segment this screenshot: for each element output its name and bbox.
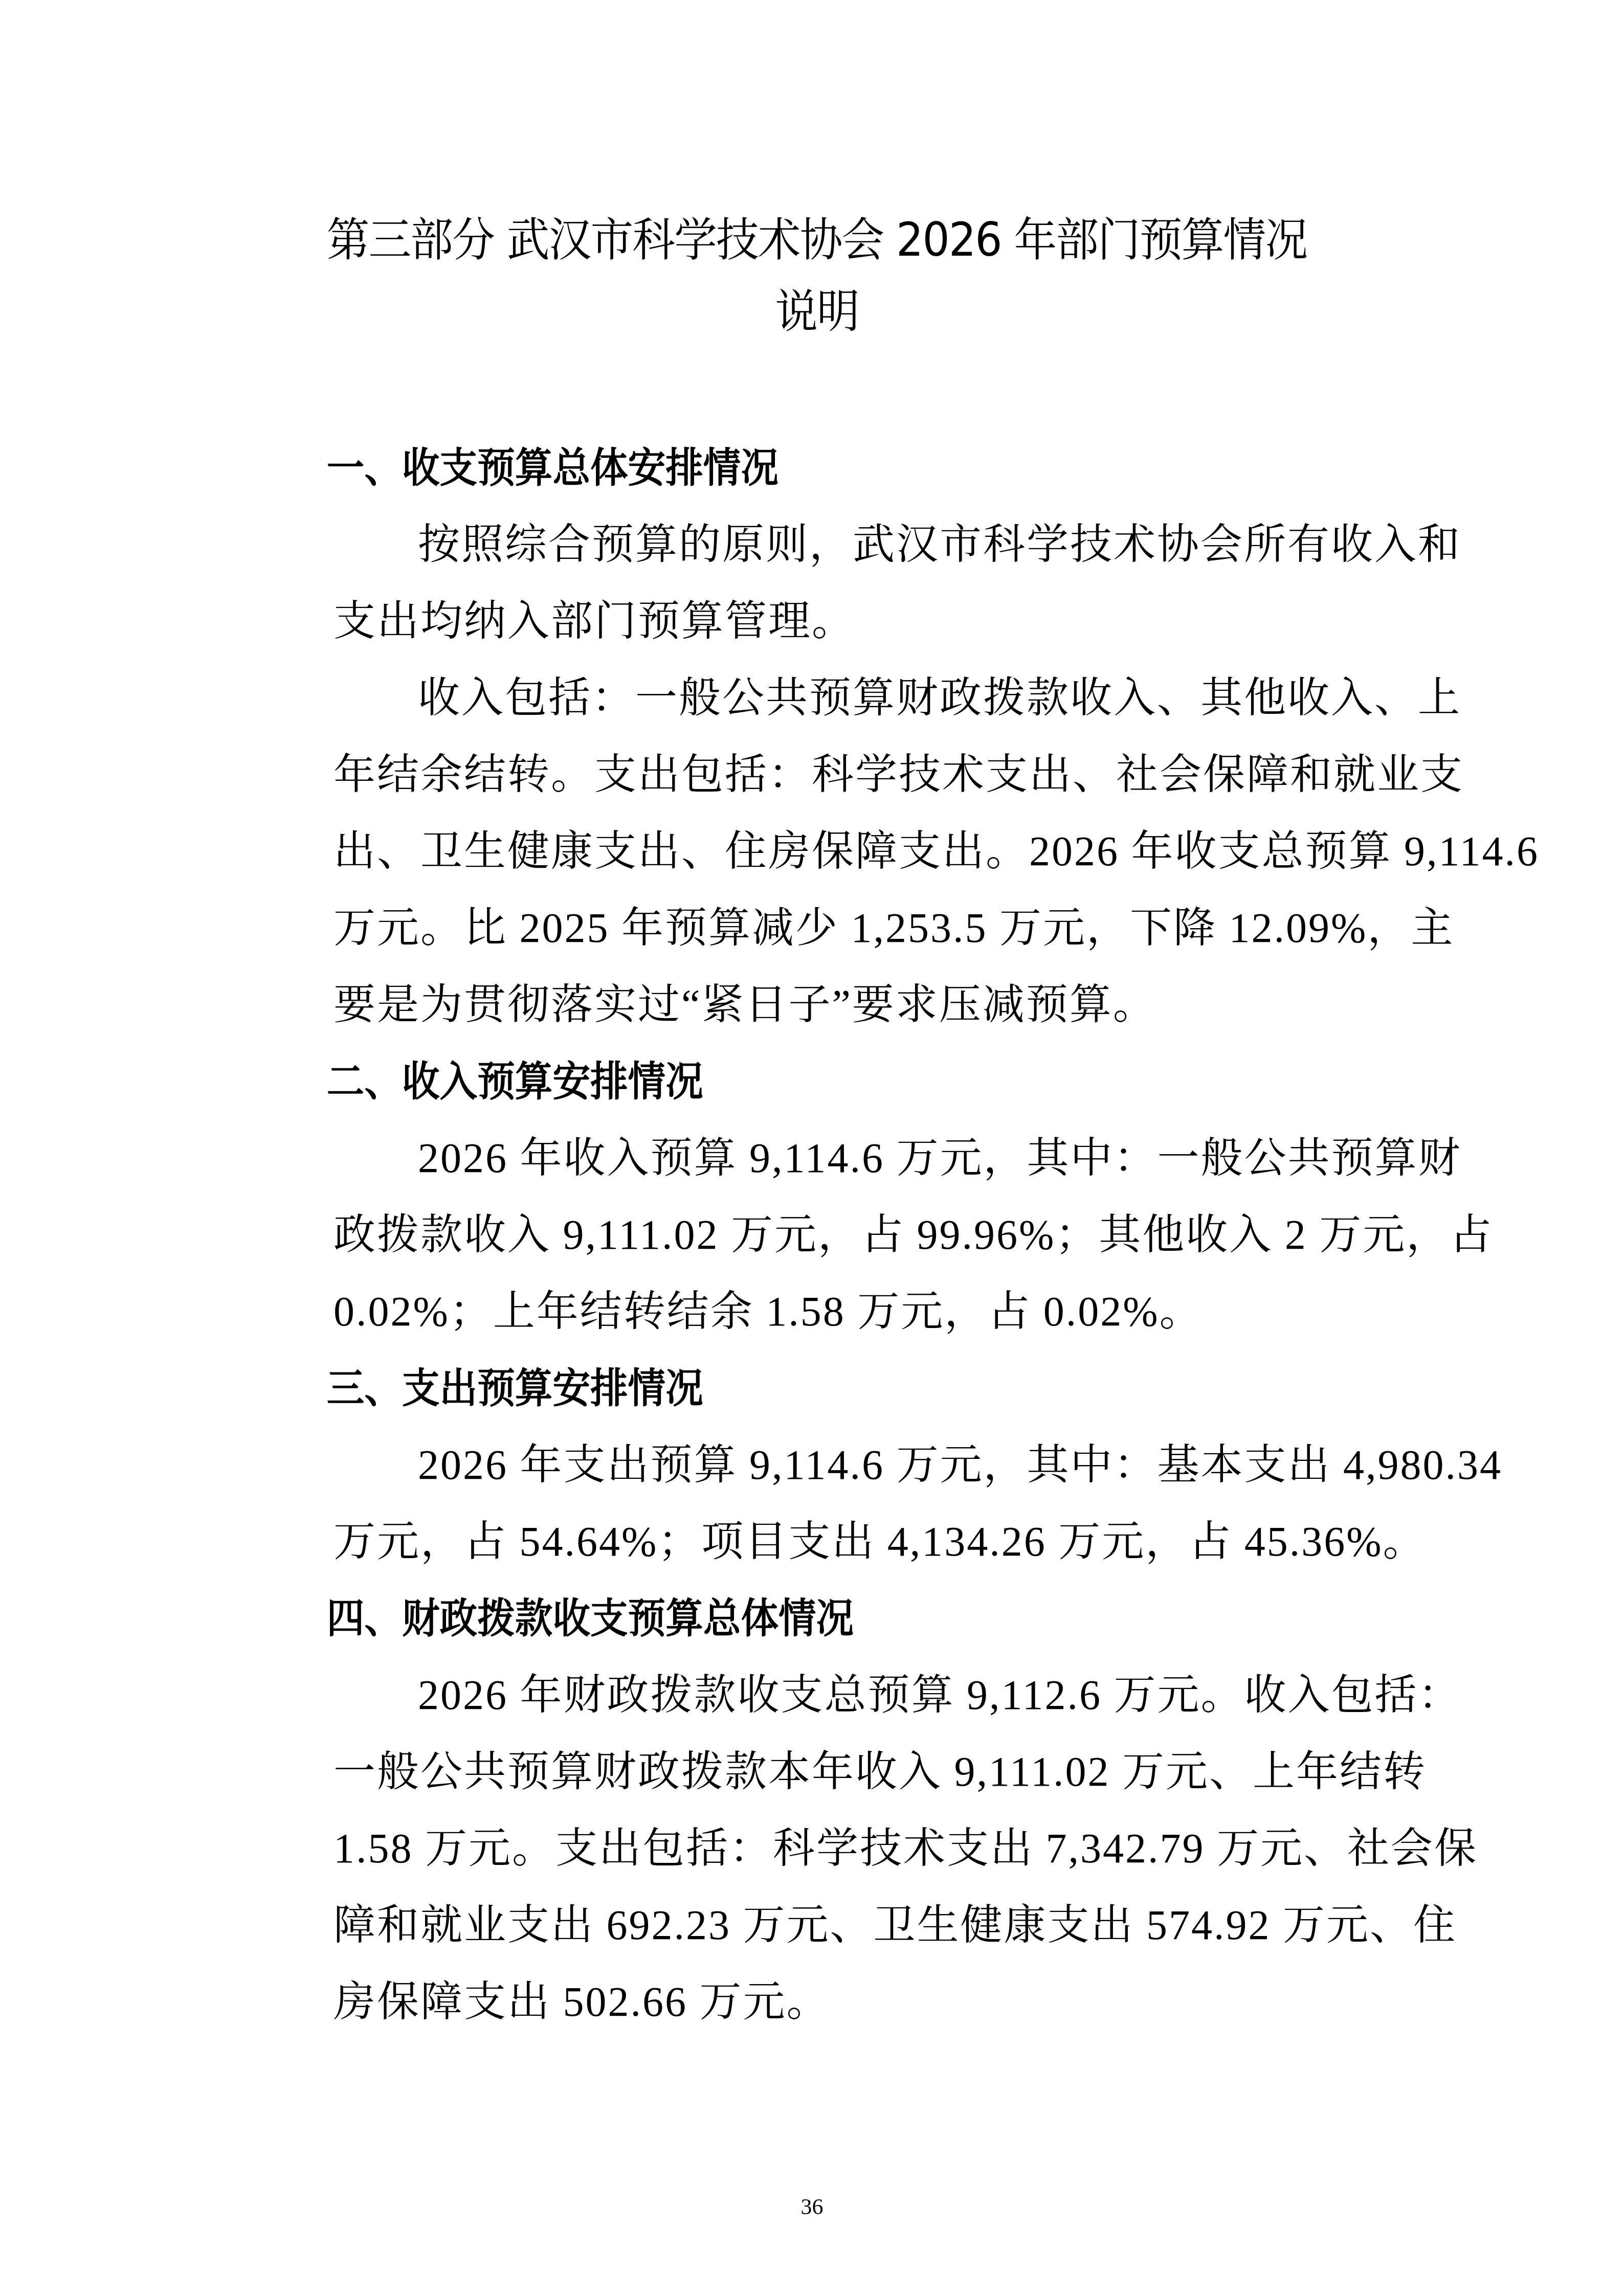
section-heading: 四、财政拨款收支预算总体情况 (249, 1580, 1294, 1657)
section-overall-budget: 一、收支预算总体安排情况 按照综合预算的原则，武汉市科学技术协会所有收入和 支出… (249, 430, 1385, 1043)
section-heading: 三、支出预算安排情况 (249, 1350, 1294, 1427)
page-number: 36 (0, 2194, 1624, 2220)
text-line: 年结余结转。支出包括：科学技术支出、社会保障和就业支 (249, 736, 1385, 813)
title-line-1: 第三部分 武汉市科学技术协会 2026 年部门预算情况 (327, 213, 1307, 267)
text-line: 1.58 万元。支出包括：科学技术支出 7,342.79 万元、社会保 (249, 1810, 1385, 1887)
text-line: 一般公共预算财政拨款本年收入 9,111.02 万元、上年结转 (249, 1734, 1385, 1810)
section-expenditure-budget: 三、支出预算安排情况 2026 年支出预算 9,114.6 万元，其中：基本支出… (249, 1350, 1385, 1580)
text-line: 0.02%；上年结转结余 1.58 万元，占 0.02%。 (249, 1273, 1385, 1350)
text-line: 政拨款收入 9,111.02 万元，占 99.96%；其他收入 2 万元，占 (249, 1197, 1385, 1273)
text-line: 2026 年支出预算 9,114.6 万元，其中：基本支出 4,980.34 (249, 1427, 1385, 1503)
section-fiscal-appropriation: 四、财政拨款收支预算总体情况 2026 年财政拨款收支总预算 9,112.6 万… (249, 1580, 1385, 2040)
title-line-2: 说明 (289, 276, 1345, 348)
page-title: 第三部分 武汉市科学技术协会 2026 年部门预算情况 说明 (289, 205, 1345, 348)
section-heading: 一、收支预算总体安排情况 (249, 430, 1294, 506)
document-body: 一、收支预算总体安排情况 按照综合预算的原则，武汉市科学技术协会所有收入和 支出… (249, 430, 1385, 2040)
paragraph: 按照综合预算的原则，武汉市科学技术协会所有收入和 支出均纳入部门预算管理。 (249, 506, 1385, 660)
text-line: 障和就业支出 692.23 万元、卫生健康支出 574.92 万元、住 (249, 1887, 1385, 1964)
text-line: 出、卫生健康支出、住房保障支出。2026 年收支总预算 9,114.6 (249, 813, 1385, 890)
text-line: 万元，占 54.64%；项目支出 4,134.26 万元，占 45.36%。 (249, 1503, 1385, 1580)
paragraph: 收入包括：一般公共预算财政拨款收入、其他收入、上 年结余结转。支出包括：科学技术… (249, 660, 1385, 1043)
text-line: 2026 年财政拨款收支总预算 9,112.6 万元。收入包括： (249, 1657, 1385, 1734)
text-line: 房保障支出 502.66 万元。 (249, 1964, 1385, 2040)
paragraph: 2026 年支出预算 9,114.6 万元，其中：基本支出 4,980.34 万… (249, 1427, 1385, 1580)
text-line: 2026 年收入预算 9,114.6 万元，其中：一般公共预算财 (249, 1120, 1385, 1197)
text-line: 万元。比 2025 年预算减少 1,253.5 万元，下降 12.09%，主 (249, 890, 1385, 966)
section-income-budget: 二、收入预算安排情况 2026 年收入预算 9,114.6 万元，其中：一般公共… (249, 1043, 1385, 1350)
text-line: 收入包括：一般公共预算财政拨款收入、其他收入、上 (249, 660, 1385, 736)
text-line: 按照综合预算的原则，武汉市科学技术协会所有收入和 (249, 506, 1385, 583)
text-line: 要是为贯彻落实过“紧日子”要求压减预算。 (249, 966, 1385, 1043)
paragraph: 2026 年财政拨款收支总预算 9,112.6 万元。收入包括： 一般公共预算财… (249, 1657, 1385, 2040)
text-line: 支出均纳入部门预算管理。 (249, 583, 1385, 660)
section-heading: 二、收入预算安排情况 (249, 1043, 1294, 1120)
paragraph: 2026 年收入预算 9,114.6 万元，其中：一般公共预算财 政拨款收入 9… (249, 1120, 1385, 1350)
